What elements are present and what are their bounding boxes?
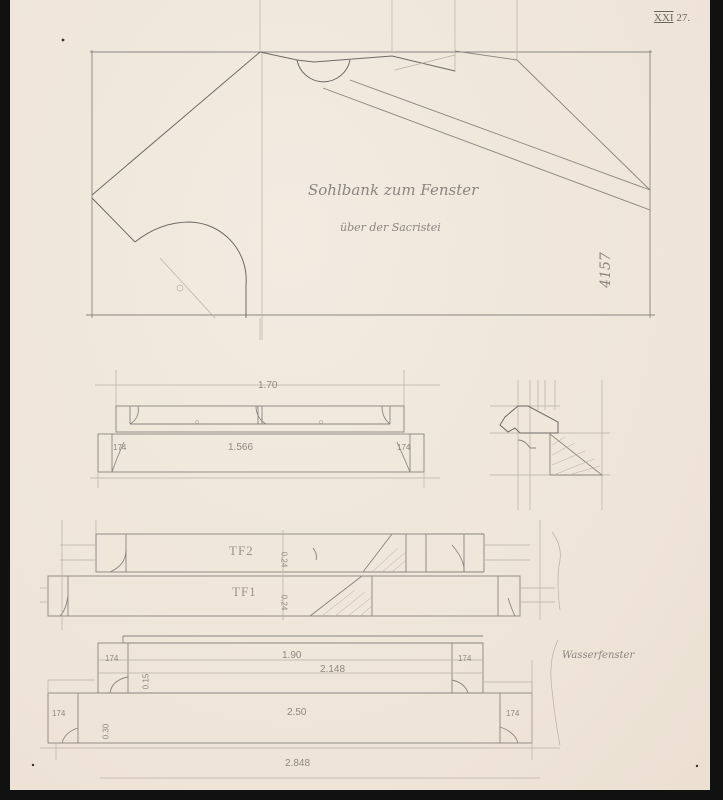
lower-plan-lower-depth: 0.30 bbox=[101, 724, 110, 740]
plan-side-number: 4157 bbox=[598, 252, 614, 288]
layer-tf1-label: TF1 bbox=[232, 584, 257, 600]
elevation-left-dim: 174 bbox=[113, 443, 126, 452]
elevation-overall-width: 1.70 bbox=[258, 380, 277, 391]
lower-plan-upper-outer-width: 2.148 bbox=[320, 664, 345, 675]
lower-plan-left-upper-dim: 174 bbox=[105, 654, 118, 663]
plan-title-line-2: über der Sacristei bbox=[340, 221, 441, 234]
elevation-right-dim: 174 bbox=[397, 443, 410, 452]
lower-plan-upper-width: 1.90 bbox=[282, 650, 301, 661]
layer-sections bbox=[40, 520, 560, 630]
plan-view bbox=[86, 0, 655, 340]
scan-dot bbox=[32, 764, 34, 766]
lower-plan-right-lower-dim: 174 bbox=[506, 709, 519, 718]
scan-dot bbox=[696, 765, 698, 767]
scan-dot bbox=[62, 39, 65, 42]
layer-lower-height: 0.24 bbox=[279, 595, 288, 611]
lower-plan-side-note: Wasserfenster bbox=[562, 650, 634, 661]
drawing-linework bbox=[0, 0, 723, 800]
lower-plan-lower-width: 2.50 bbox=[287, 707, 306, 718]
section-detail bbox=[490, 380, 610, 510]
plan-title-line-1: Sohlbank zum Fenster bbox=[308, 181, 478, 199]
layer-tf2-label: TF2 bbox=[229, 543, 254, 559]
elevation-inner-width: 1.566 bbox=[228, 442, 253, 453]
sheet-arabic-number: 27. bbox=[676, 12, 690, 24]
lower-plan-overall-width: 2.848 bbox=[285, 758, 310, 769]
lower-plan-right-upper-dim: 174 bbox=[458, 654, 471, 663]
lower-plan-left-lower-dim: 174 bbox=[52, 709, 65, 718]
sheet-roman-numeral: XXI bbox=[654, 12, 674, 24]
sheet-number: XXI 27. bbox=[654, 12, 690, 24]
lower-plan-upper-depth: 0.15 bbox=[141, 674, 150, 690]
layer-upper-height: 0.24 bbox=[279, 552, 288, 568]
